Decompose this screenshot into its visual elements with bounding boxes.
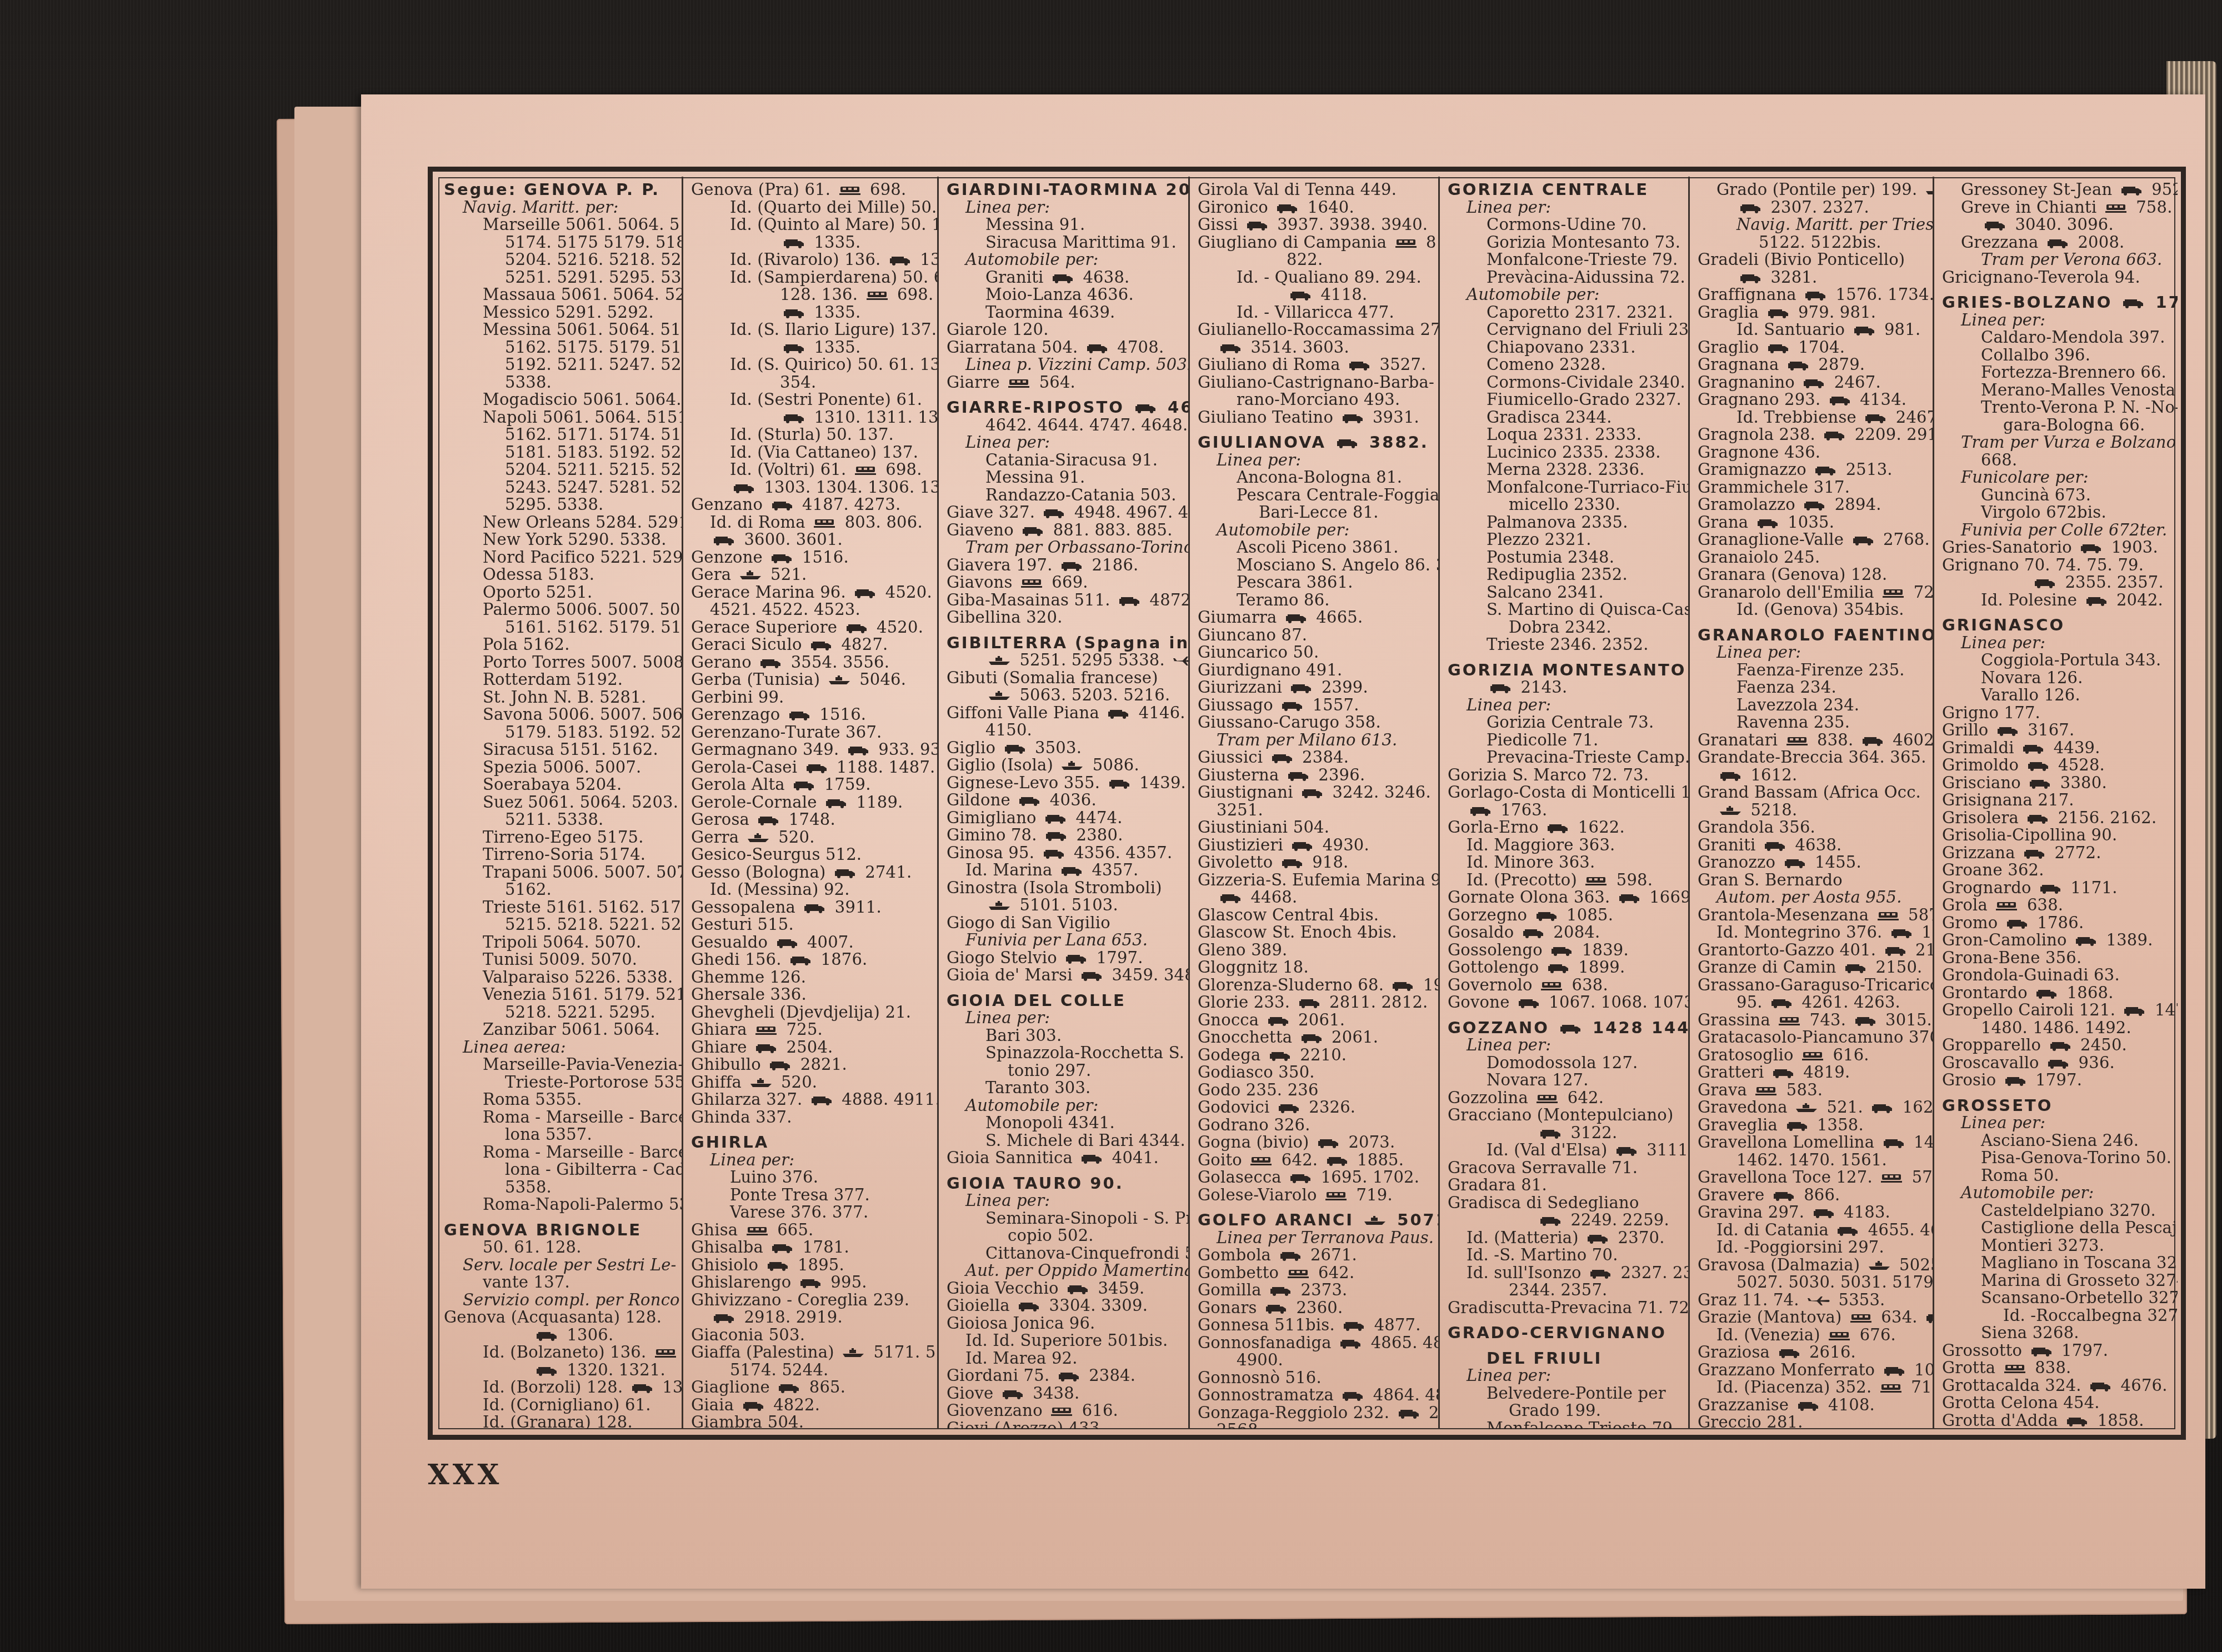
entry-text: Gorla-Erno bbox=[1448, 818, 1544, 837]
index-entry: Siena 3268. bbox=[1942, 1324, 2170, 1342]
train-icon bbox=[813, 518, 837, 529]
entry-text: Grisignana 217. bbox=[1942, 790, 2074, 809]
entry-text: Cervignano del Friuli 2334. bbox=[1487, 320, 1690, 339]
bus-icon bbox=[1134, 403, 1158, 414]
entry-text: Id. di Roma bbox=[710, 513, 810, 532]
entry-text: 1797. bbox=[1091, 948, 1143, 967]
entry-text: 952. bbox=[2146, 180, 2178, 199]
entry-text: Gnocchetta bbox=[1198, 1028, 1298, 1047]
entry-text: 918. bbox=[1307, 853, 1349, 872]
entry-text: Grassina bbox=[1698, 1010, 1775, 1029]
entry-text: Id. (Genova) 354bis. bbox=[1736, 600, 1904, 619]
bus-icon bbox=[782, 308, 807, 319]
index-entry: Id. Trebbiense 2467. bbox=[1698, 409, 1925, 427]
entry-text: 521. bbox=[1821, 1098, 1868, 1117]
index-entry: Id. Marea 92. bbox=[947, 1350, 1180, 1368]
index-entry: Tram per Milano 613. bbox=[1198, 732, 1430, 749]
entry-text: Gomilla bbox=[1198, 1280, 1267, 1299]
entry-text: Roma-Napoli-Palermo 5351. bbox=[483, 1195, 683, 1214]
entry-text: Grantola-Mesenzana bbox=[1698, 905, 1874, 924]
index-entry: Dobra 2342. bbox=[1448, 619, 1680, 637]
index-entry: Gorizia S. Marco 72. 73. bbox=[1448, 767, 1680, 784]
entry-text: 616. bbox=[1828, 1045, 1869, 1064]
entry-text: Faenza-Firenze 235. bbox=[1736, 660, 1905, 679]
entry-text: 2467. bbox=[1829, 373, 1880, 392]
index-entry: Ravenna 235. bbox=[1698, 714, 1925, 732]
index-entry: Gorla-Erno 1622. bbox=[1448, 819, 1680, 837]
bus-icon bbox=[789, 955, 813, 966]
index-entry: Roma 5355. bbox=[444, 1091, 674, 1109]
index-entry: Guncinà 673. bbox=[1942, 487, 2170, 504]
bus-icon bbox=[1057, 1371, 1082, 1382]
entry-text: 1335. bbox=[809, 233, 860, 252]
entry-text: Collalbo 396. bbox=[1981, 346, 2090, 364]
bus-icon bbox=[1107, 708, 1131, 719]
index-entry: Trieste-Portorose 5351. bbox=[444, 1074, 674, 1092]
entry-text: Giustignani bbox=[1198, 783, 1298, 802]
index-entry: Grado (Pontile per) 199. 515. bbox=[1698, 181, 1925, 199]
index-entry: Plezzo 2321. bbox=[1448, 531, 1680, 549]
entry-text: 1439. bbox=[1134, 773, 1186, 792]
index-entry: Giurdignano 491. bbox=[1198, 662, 1430, 679]
entry-text: Giarratana 504. bbox=[947, 338, 1083, 357]
index-entry: Venezia 5161. 5179. 5215. bbox=[444, 986, 674, 1004]
ship-icon bbox=[1795, 1103, 1819, 1114]
entry-text: Gnocca bbox=[1198, 1010, 1264, 1029]
entry-text: 4187. 4273. bbox=[797, 495, 901, 514]
bus-icon bbox=[712, 535, 737, 546]
index-column-1: Segue: GENOVA P. P.Navig. Maritt. per:Ma… bbox=[436, 177, 683, 1429]
entry-text: Id. - Villaricca 477. bbox=[1237, 303, 1394, 322]
index-entry: Ghibullo 2821. bbox=[691, 1056, 929, 1074]
entry-text: Novara 127. bbox=[1487, 1070, 1589, 1089]
bus-icon bbox=[1341, 413, 1365, 424]
index-entry: Granarolo dell'Emilia 728. bbox=[1698, 584, 1925, 602]
index-entry: Id. (Sestri Ponente) 61. bbox=[691, 391, 929, 409]
index-entry: Piedicolle 71. bbox=[1448, 732, 1680, 749]
index-entry: Gimigliano 4474. bbox=[947, 809, 1180, 827]
index-entry: Gornate Olona 363. 1669. bbox=[1448, 889, 1680, 907]
train-icon bbox=[1880, 1173, 1904, 1184]
entry-text: Linea per: bbox=[965, 1008, 1050, 1027]
entry-text: Grona-Bene 356. bbox=[1942, 948, 2081, 967]
index-entry: Glorenza-Sluderno 68. 1930. bbox=[1198, 977, 1430, 994]
index-entry: Gracciano (Montepulciano) bbox=[1448, 1107, 1680, 1124]
entry-text: 665. bbox=[772, 1220, 814, 1239]
train-icon bbox=[838, 185, 863, 196]
entry-text: Grado (Pontile per) 199. bbox=[1716, 180, 1923, 199]
index-entry: Gradeli (Bivio Ponticello) bbox=[1698, 251, 1925, 269]
entry-text: Id. (Val d'Elsa) bbox=[1487, 1140, 1613, 1159]
entry-text: Greve in Chianti bbox=[1961, 198, 2102, 217]
entry-text: Tirreno-Egeo 5175. bbox=[483, 828, 644, 847]
index-entry: Ghiara 725. bbox=[691, 1021, 929, 1039]
entry-text: Linea per: bbox=[1961, 1113, 2045, 1132]
bus-icon bbox=[766, 1260, 790, 1271]
index-entry: Id. (Venezia) 676. bbox=[1698, 1326, 1925, 1344]
index-entry: Gnocca 2061. bbox=[1198, 1012, 1430, 1029]
entry-text: Cormons-Udine 70. bbox=[1487, 215, 1647, 234]
entry-text: 616. bbox=[1077, 1401, 1118, 1420]
bus-icon bbox=[1771, 1068, 1796, 1079]
entry-text: Glorie 233. bbox=[1198, 993, 1295, 1012]
index-entry: Grimaldi 4439. bbox=[1942, 739, 2170, 757]
index-entry: Merano-Malles Venosta 68. bbox=[1942, 382, 2170, 399]
train-icon bbox=[1828, 1330, 1852, 1341]
index-entry: Linea per: bbox=[1698, 644, 1925, 662]
entry-text: Grand Bassam (Africa Occ. bbox=[1698, 783, 1921, 802]
entry-text: Gonzaga-Reggiolo 232. bbox=[1198, 1403, 1395, 1422]
bus-icon bbox=[2120, 185, 2144, 196]
entry-text: Gravellona Lomellina bbox=[1698, 1133, 1880, 1152]
entry-text: 1320. 1321. bbox=[562, 1360, 665, 1379]
bus-icon bbox=[1851, 535, 1876, 546]
entry-text: Giussano-Carugo 358. bbox=[1198, 713, 1381, 732]
entry-text: Virgolo 672bis. bbox=[1981, 503, 2106, 522]
entry-text: Gesico-Seurgus 512. bbox=[691, 845, 862, 864]
index-entry: Taranto 303. bbox=[947, 1079, 1180, 1097]
station-heading: GORIZIA MONTESANTO bbox=[1448, 662, 1680, 679]
index-entry: 4521. 4522. 4523. bbox=[691, 601, 929, 619]
entry-text: 2008. bbox=[2073, 233, 2124, 252]
index-entry: 5192. 5211. 5247. 5281. 5290. bbox=[444, 356, 674, 374]
index-entry: Gragnola 238. 2209. 2912. bbox=[1698, 426, 1925, 444]
entry-text: lona 5357. bbox=[505, 1125, 592, 1144]
entry-text: Grottacalda 324. bbox=[1942, 1376, 2086, 1395]
entry-text: Grantorto-Gazzo 401. bbox=[1698, 940, 1881, 959]
bus-icon bbox=[2123, 1005, 2147, 1017]
train-icon bbox=[754, 1025, 779, 1036]
entry-text: S. Michele di Bari 4344. bbox=[985, 1131, 1185, 1150]
entry-text: 4948. 4967. 4969. bbox=[1069, 503, 1190, 522]
index-entry: Gressoney St-Jean 952. bbox=[1942, 181, 2170, 199]
entry-text: 638. bbox=[1567, 975, 1608, 994]
bus-icon bbox=[1342, 1320, 1367, 1331]
bus-icon bbox=[1778, 1348, 1802, 1359]
entry-text: 1557. bbox=[1307, 695, 1359, 714]
entry-text: 803. 806. bbox=[839, 513, 923, 532]
index-column-6: Grado (Pontile per) 199. 515. 2307. 2327… bbox=[1690, 177, 1934, 1429]
index-entry: Ponte Tresa 377. bbox=[691, 1187, 929, 1204]
index-entry: Giuliano Teatino 3931. bbox=[1198, 409, 1430, 427]
index-column-5: GORIZIA CENTRALELinea per:Cormons-Udine … bbox=[1440, 177, 1690, 1429]
entry-text: 4822. bbox=[768, 1395, 820, 1414]
index-entry: Gessopalena 3911. bbox=[691, 899, 929, 917]
entry-text: Plezzo 2321. bbox=[1487, 530, 1592, 549]
bus-icon bbox=[2089, 1381, 2113, 1392]
entry-text: Gerbini 99. bbox=[691, 688, 784, 707]
entry-text: Prevacina-Trieste Camp. 71 bbox=[1487, 748, 1690, 767]
index-entry: Cervignano del Friuli 2334. bbox=[1448, 321, 1680, 339]
entry-text: Graniti bbox=[1698, 835, 1761, 854]
bus-icon bbox=[788, 710, 812, 721]
entry-text: Gozzolina bbox=[1448, 1088, 1533, 1107]
entry-text: 1930. bbox=[1418, 975, 1440, 994]
entry-text: Groane 362. bbox=[1942, 860, 2044, 879]
index-entry: Giulianello-Roccamassima 273 bbox=[1198, 321, 1430, 339]
bus-icon bbox=[1003, 743, 1028, 754]
entry-text: 1576. 1734. bbox=[1830, 285, 1934, 304]
entry-text: 4827. bbox=[836, 635, 888, 654]
index-entry: Ghinda 337. bbox=[691, 1109, 929, 1127]
index-entry: Id. (Precotto) 598. bbox=[1448, 872, 1680, 889]
index-entry: Giordani 75. 2384. bbox=[947, 1367, 1180, 1385]
entry-text: Nord Pacifico 5221. 5295. bbox=[483, 548, 683, 567]
index-entry: Gonnostramatza 4864. 4883. bbox=[1198, 1386, 1430, 1404]
entry-text: GRIES-BOLZANO bbox=[1942, 293, 2119, 312]
entry-text: Giurdignano 491. bbox=[1198, 660, 1342, 679]
entry-text: Messico 5291. 5292. bbox=[483, 303, 654, 322]
index-entry: Virgolo 672bis. bbox=[1942, 504, 2170, 522]
index-entry: Giustiniani 504. bbox=[1198, 819, 1430, 837]
entry-text: Gerosa bbox=[691, 810, 754, 829]
station-heading: GIBILTERRA (Spagna inglese) bbox=[947, 634, 1180, 652]
entry-text: 3931. bbox=[1368, 408, 1419, 427]
entry-text: Gorizia Centrale 73. bbox=[1487, 713, 1654, 732]
index-entry: Gorizia Centrale 73. bbox=[1448, 714, 1680, 732]
entry-text: Merna 2328. 2336. bbox=[1487, 460, 1645, 479]
index-entry: Giogo di San Vigilio bbox=[947, 914, 1180, 932]
bus-icon bbox=[853, 588, 878, 599]
bus-icon bbox=[1317, 1138, 1341, 1149]
entry-text: Gerano bbox=[691, 653, 757, 672]
entry-text: Merano-Malles Venosta 68. bbox=[1981, 381, 2178, 399]
entry-text: Gesso (Bologna) bbox=[691, 863, 831, 882]
index-entry: Granze di Camin 2150. bbox=[1698, 959, 1925, 977]
index-entry: Ghislarengo 995. bbox=[691, 1274, 929, 1291]
entry-text: GRIGNASCO bbox=[1942, 615, 2065, 634]
entry-text: Gosaldo bbox=[1448, 923, 1519, 942]
index-entry: Grignano 70. 74. 75. 79. bbox=[1942, 557, 2170, 574]
index-entry: Giavera 197. 2186. bbox=[947, 557, 1180, 574]
entry-text: Gratteri bbox=[1698, 1063, 1769, 1082]
entry-text: Grontardo bbox=[1942, 983, 2033, 1002]
entry-text: Savona 5006. 5007. 5064. 5072. bbox=[483, 705, 683, 724]
entry-text: 1516. bbox=[814, 705, 866, 724]
bus-icon bbox=[1983, 220, 2008, 231]
train-icon bbox=[1287, 1268, 1311, 1279]
entry-text: Godega bbox=[1198, 1045, 1266, 1064]
entry-text: 1781. bbox=[797, 1238, 849, 1256]
entry-text: Spinazzola-Rocchetta S. An- bbox=[985, 1043, 1190, 1062]
entry-text: Mogadiscio 5061. 5064. 5216. bbox=[483, 390, 683, 409]
bus-icon bbox=[1766, 343, 1791, 354]
bus-icon bbox=[1080, 1153, 1104, 1164]
entry-text: Girola Val di Tenna 449. bbox=[1198, 180, 1397, 199]
entry-text: 3111. bbox=[1642, 1140, 1690, 1159]
index-entry: Gravina 297. 4183. bbox=[1698, 1204, 1925, 1222]
index-entry: Linea per: bbox=[1198, 452, 1430, 469]
entry-text: Geraci Siculo bbox=[691, 635, 807, 654]
index-entry: Linea per: bbox=[947, 1009, 1180, 1027]
entry-text: Linea p. Vizzini Camp. 503bis bbox=[965, 355, 1190, 374]
index-entry: Grona-Bene 356. bbox=[1942, 949, 2170, 967]
entry-text: 2530 bbox=[1424, 1403, 1440, 1422]
bus-icon bbox=[1287, 770, 1311, 782]
train-icon bbox=[854, 465, 878, 476]
entry-text: 4888. 4911. 4912 bbox=[837, 1090, 939, 1109]
index-entry: Prevàcina-Aidussina 72. bbox=[1448, 269, 1680, 287]
index-entry: Linea per Terranova Paus. 330. bbox=[1198, 1229, 1430, 1247]
bus-icon bbox=[732, 483, 757, 494]
index-entry: Redipuglia 2352. bbox=[1448, 566, 1680, 584]
entry-text: Granaiolo 245. bbox=[1698, 548, 1820, 567]
entry-text: 3600. 3601. bbox=[739, 530, 843, 549]
ship-icon bbox=[1868, 1260, 1892, 1271]
entry-text: Id. Maggiore 363. bbox=[1467, 835, 1615, 854]
index-entry: Belvedere-Pontile per bbox=[1448, 1385, 1680, 1403]
entry-text: 571. bbox=[1906, 1168, 1934, 1187]
index-entry: Linea per: bbox=[947, 1192, 1180, 1210]
entry-text: 3281. bbox=[1765, 268, 1817, 287]
entry-text: Taranto 303. bbox=[985, 1078, 1091, 1097]
bus-icon bbox=[847, 745, 871, 756]
index-entry: Gratosoglio 616. bbox=[1698, 1047, 1925, 1064]
index-entry: 3040. 3096. bbox=[1942, 216, 2170, 234]
index-entry: 5218. bbox=[1698, 802, 1925, 819]
index-entry: Giaglione 865. bbox=[691, 1379, 929, 1396]
index-entry: Grotta Celona 454. bbox=[1942, 1394, 2170, 1412]
entry-text: Gerra bbox=[691, 828, 744, 847]
entry-text: 4261. 4263. bbox=[1796, 993, 1900, 1012]
index-entry: Tripoli 5064. 5070. bbox=[444, 934, 674, 952]
entry-text: 1703. bbox=[2148, 293, 2178, 312]
bus-icon bbox=[1517, 998, 1542, 1009]
entry-text: Varese 376. 377. bbox=[730, 1203, 868, 1222]
entry-text: 5071. bbox=[1390, 1210, 1440, 1229]
index-entry: Gizzeria-S. Eufemia Marina 90 bbox=[1198, 872, 1430, 889]
index-entry: Soerabaya 5204. bbox=[444, 776, 674, 794]
entry-text: 4520. bbox=[872, 618, 923, 637]
index-entry: Trieste 5161. 5162. 5179. bbox=[444, 899, 674, 917]
index-entry: Comeno 2328. bbox=[1448, 356, 1680, 374]
entry-text: Godiasco 350. bbox=[1198, 1063, 1315, 1082]
entry-text: Automobile per: bbox=[1217, 520, 1350, 539]
index-entry: 5295. 5338. bbox=[444, 496, 674, 514]
index-entry: Groane 362. bbox=[1942, 862, 2170, 879]
index-entry: Gropparello 2450. bbox=[1942, 1037, 2170, 1054]
entry-text: 3242. 3246. bbox=[1327, 783, 1431, 802]
entry-text: lona - Gibilterra - Cadice bbox=[505, 1160, 683, 1179]
index-entry: Gorlago-Costa di Monticelli 154. bbox=[1448, 784, 1680, 802]
entry-text: 3937. 3938. 3940. bbox=[1272, 215, 1428, 234]
entry-text: 1868. bbox=[2061, 983, 2113, 1002]
entry-text: Trapani 5006. 5007. 5070. bbox=[483, 863, 683, 882]
station-heading: GRIES-BOLZANO 1703. bbox=[1942, 294, 2170, 312]
entry-text: Grazzanise bbox=[1698, 1395, 1794, 1414]
entry-text: Massaua 5061. 5064. 5203. bbox=[483, 285, 683, 304]
entry-text: 1477. bbox=[2149, 1000, 2178, 1019]
bus-icon bbox=[1522, 928, 1546, 939]
index-entry: 2307. 2327. bbox=[1698, 199, 1925, 217]
index-entry: Id. -Poggiorsini 297. bbox=[1698, 1239, 1925, 1256]
entry-text: 4708. bbox=[1112, 338, 1164, 357]
index-entry: Domodossola 127. bbox=[1448, 1054, 1680, 1072]
entry-text: Gradara 81. bbox=[1448, 1175, 1547, 1194]
entry-text: Gioiosa Jonica 96. bbox=[947, 1314, 1095, 1333]
entry-text: 1358. bbox=[1812, 1115, 1864, 1134]
index-entry: Salcano 2341. bbox=[1448, 584, 1680, 602]
entry-text: Caldaro-Mendola 397. bbox=[1981, 328, 2165, 347]
index-entry: 2918. 2919. bbox=[691, 1309, 929, 1326]
entry-text: 698. bbox=[892, 285, 934, 304]
index-entry: 5122. 5122bis. bbox=[1698, 234, 1925, 252]
index-entry: Linea per: bbox=[1448, 199, 1680, 217]
entry-text: Monfalcone-Trieste 79. bbox=[1487, 250, 1678, 269]
entry-text: 719. bbox=[1351, 1185, 1393, 1204]
entry-text: Dobra 2342. bbox=[1509, 618, 1612, 637]
entry-text: Gimino 78. bbox=[947, 825, 1042, 844]
index-entry: Monfalcone-Trieste 79. bbox=[1448, 251, 1680, 269]
bus-icon bbox=[792, 780, 817, 791]
ship-icon bbox=[1060, 760, 1085, 772]
index-entry: Marseille-Pavia-Venezia- bbox=[444, 1056, 674, 1074]
entry-text: 5218. 5221. 5295. bbox=[505, 1003, 655, 1022]
index-entry: Granaglione-Valle 2768. bbox=[1698, 531, 1925, 549]
entry-text: 5338. bbox=[505, 373, 552, 392]
entry-text: Id. -S. Martino 70. bbox=[1467, 1245, 1618, 1264]
index-entry: Gesso (Bologna) 2741. bbox=[691, 864, 929, 882]
bus-icon bbox=[1270, 753, 1295, 764]
index-entry: Automobile per: bbox=[1448, 286, 1680, 304]
bus-icon bbox=[1864, 413, 1888, 424]
entry-text: Grezzana bbox=[1961, 233, 2044, 252]
index-entry: Gradisca 2344. bbox=[1448, 409, 1680, 427]
index-entry: Gonars 2360. bbox=[1198, 1299, 1430, 1317]
index-entry: 5338. bbox=[444, 374, 674, 392]
index-entry: Mosciano S. Angelo 86. 3892. bbox=[1198, 557, 1430, 574]
entry-text: Linea aerea: bbox=[463, 1038, 566, 1057]
index-entry: Serv. locale per Sestri Le- bbox=[444, 1256, 674, 1274]
entry-text: 2084. bbox=[1548, 923, 1600, 942]
index-entry: Odessa 5183. bbox=[444, 566, 674, 584]
entry-text: Valparaiso 5226. 5338. bbox=[483, 968, 673, 987]
entry-text: 2061. bbox=[1293, 1010, 1345, 1029]
train-icon bbox=[865, 290, 890, 301]
index-entry: Ghisalba 1781. bbox=[691, 1239, 929, 1256]
entry-text: 1748. bbox=[783, 810, 835, 829]
entry-text: Giuliano Teatino bbox=[1198, 408, 1339, 427]
entry-text: Navig. Maritt. per Trieste bbox=[1736, 215, 1934, 234]
bus-icon bbox=[1335, 438, 1360, 449]
index-entry: Gravellona Toce 127. 571. bbox=[1698, 1169, 1925, 1187]
entry-text: Giugliano di Campania bbox=[1198, 233, 1392, 252]
entry-text: Linea per: bbox=[965, 198, 1050, 217]
entry-text: Ghersale 336. bbox=[691, 985, 807, 1004]
entry-text: Id. (Venezia) bbox=[1716, 1325, 1825, 1344]
bus-icon bbox=[1300, 788, 1325, 799]
index-entry: Gerace Marina 96. 4520. bbox=[691, 584, 929, 602]
entry-text: Giuliano-Castrignano-Barba- bbox=[1198, 373, 1434, 392]
index-entry: Grognardo 1171. bbox=[1942, 879, 2170, 897]
index-entry: Gramignazzo 2513. bbox=[1698, 461, 1925, 479]
index-entry: Pisa-Genova-Torino 50. bbox=[1942, 1149, 2170, 1167]
entry-text: 4150. bbox=[985, 720, 1032, 739]
entry-text: 1797. bbox=[2030, 1070, 2082, 1089]
bus-icon bbox=[2121, 298, 2146, 309]
entry-text: 1695. 1702. bbox=[1315, 1168, 1419, 1187]
entry-text: Granara (Genova) 128. bbox=[1698, 565, 1887, 584]
entry-text: 712. bbox=[1906, 1378, 1934, 1396]
entry-text: Ginostra (Isola Stromboli) bbox=[947, 878, 1162, 897]
bus-icon bbox=[1763, 840, 1788, 852]
entry-text: 2150. bbox=[1870, 958, 1922, 977]
index-entry: Granaiolo 245. bbox=[1698, 549, 1925, 567]
index-entry: Gran S. Bernardo bbox=[1698, 872, 1925, 889]
entry-text: Id. di Catania bbox=[1716, 1220, 1834, 1239]
entry-text: Redipuglia 2352. bbox=[1487, 565, 1628, 584]
bus-icon bbox=[770, 1243, 795, 1254]
